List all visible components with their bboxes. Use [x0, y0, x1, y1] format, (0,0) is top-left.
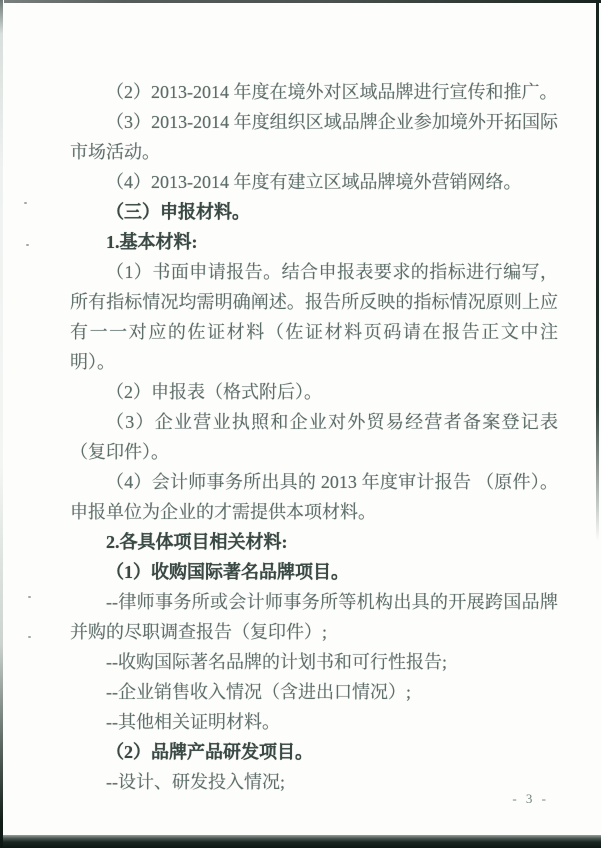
- ink-speckle: [24, 202, 27, 204]
- text-paragraph: --设计、研发投入情况;: [70, 767, 558, 797]
- text-paragraph: （2）品牌产品研发项目。: [70, 737, 558, 767]
- text-paragraph: （2）2013-2014 年度在境外对区域品牌进行宣传和推广。: [70, 77, 558, 107]
- text-paragraph: （1）收购国际著名品牌项目。: [70, 557, 558, 587]
- ink-speckle: [28, 636, 31, 638]
- text-paragraph: 1.基本材料:: [70, 227, 558, 257]
- text-paragraph: （2）申报表（格式附后）。: [70, 377, 558, 407]
- scan-edge-right: [596, 1, 599, 541]
- scanned-document-page: （2）2013-2014 年度在境外对区域品牌进行宣传和推广。（3）2013-2…: [0, 0, 601, 848]
- scan-edge-top: [4, 0, 601, 3]
- text-paragraph: 2.各具体项目相关材料:: [70, 527, 558, 557]
- text-paragraph: --收购国际著名品牌的计划书和可行性报告;: [70, 647, 558, 677]
- text-paragraph: （4）会计师事务所出具的 2013 年度审计报告 （原件）。申报单位为企业的才需…: [70, 467, 558, 527]
- text-paragraph: --律师事务所或会计师事务所等机构出具的开展跨国品牌并购的尽职调查报告（复印件）…: [70, 587, 558, 647]
- text-paragraph: （1）书面申请报告。结合申报表要求的指标进行编写，所有指标情况均需明确阐述。报告…: [70, 257, 558, 377]
- text-paragraph: （3）企业营业执照和企业对外贸易经营者备案登记表（复印件）。: [70, 407, 558, 467]
- ink-speckle: [26, 244, 29, 246]
- document-body: （2）2013-2014 年度在境外对区域品牌进行宣传和推广。（3）2013-2…: [70, 77, 558, 797]
- text-paragraph: --企业销售收入情况（含进出口情况）;: [70, 677, 558, 707]
- ink-speckle: [28, 596, 31, 598]
- page-number: - 3 -: [512, 791, 549, 807]
- scan-edge-bottom: [0, 835, 601, 848]
- text-paragraph: （三）申报材料。: [70, 197, 558, 227]
- scan-edge-left: [0, 0, 3, 848]
- text-paragraph: --其他相关证明材料。: [70, 707, 558, 737]
- text-paragraph: （4）2013-2014 年度有建立区域品牌境外营销网络。: [70, 167, 558, 197]
- text-paragraph: （3）2013-2014 年度组织区域品牌企业参加境外开拓国际市场活动。: [70, 107, 558, 167]
